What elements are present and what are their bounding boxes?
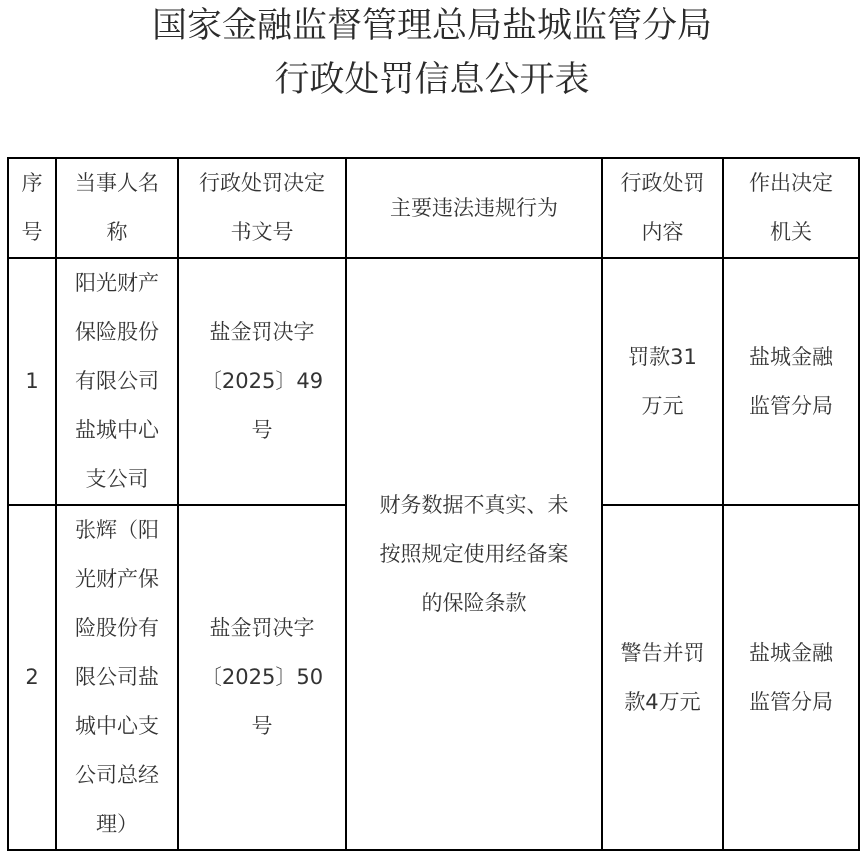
header-decision-doc-no: 行政处罚决定 书文号: [178, 158, 346, 258]
header-seq: 序 号: [8, 158, 56, 258]
header-party-name: 当事人名 称: [56, 158, 178, 258]
row-decision-doc-no: 盐金罚决字 〔2025〕50 号: [178, 505, 346, 850]
table-row: 1 阳光财产 保险股份 有限公司 盐城中心 支公司 盐金罚决字 〔2025〕49…: [8, 258, 859, 505]
row-party-name: 张辉（阳 光财产保 险股份有 限公司盐 城中心支 公司总经 理）: [56, 505, 178, 850]
row-decision-doc-no: 盐金罚决字 〔2025〕49 号: [178, 258, 346, 505]
header-violation: 主要违法违规行为: [346, 158, 602, 258]
shared-violation-cell: 财务数据不真实、未 按照规定使用经备案 的保险条款: [346, 258, 602, 850]
table-header-row: 序 号 当事人名 称 行政处罚决定 书文号 主要违法违规行为 行政处罚 内容 作…: [8, 158, 859, 258]
penalty-info-table: 序 号 当事人名 称 行政处罚决定 书文号 主要违法违规行为 行政处罚 内容 作…: [7, 157, 860, 851]
row-party-name: 阳光财产 保险股份 有限公司 盐城中心 支公司: [56, 258, 178, 505]
page-title-line-2: 行政处罚信息公开表: [0, 60, 864, 100]
page-title-line-1: 国家金融监督管理总局盐城监管分局: [0, 6, 864, 46]
row-penalty-content: 罚款31 万元: [602, 258, 723, 505]
header-penalty-content: 行政处罚 内容: [602, 158, 723, 258]
row-deciding-authority: 盐城金融 监管分局: [723, 505, 859, 850]
header-deciding-authority: 作出决定 机关: [723, 158, 859, 258]
row-penalty-content: 警告并罚 款4万元: [602, 505, 723, 850]
row-seq: 1: [8, 258, 56, 505]
row-deciding-authority: 盐城金融 监管分局: [723, 258, 859, 505]
row-seq: 2: [8, 505, 56, 850]
